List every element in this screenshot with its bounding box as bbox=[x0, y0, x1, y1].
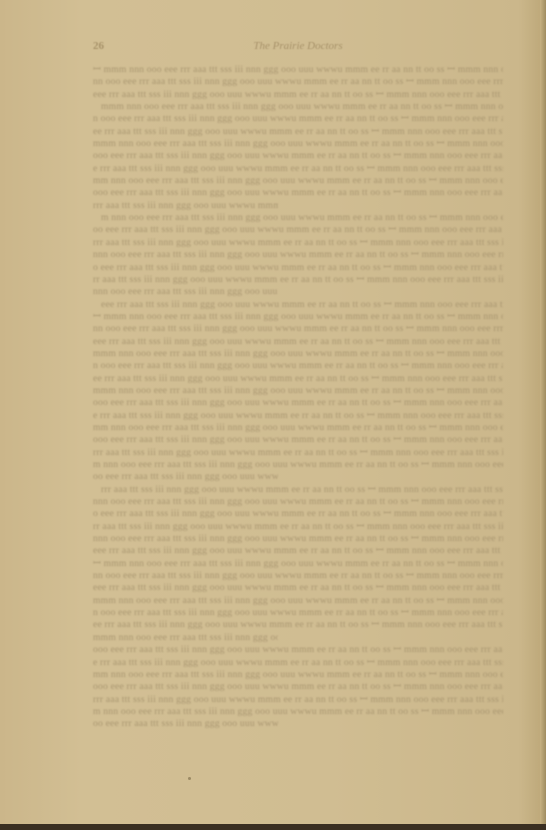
text-line: mmm nnn ooo eee rrr aaa ttt sss iii nnn … bbox=[93, 632, 278, 644]
text-line: m nnn ooo eee rrr aaa ttt sss iii nnn gg… bbox=[93, 212, 503, 224]
text-line: ꟷ mmm nnn ooo eee rrr aaa ttt sss iii nn… bbox=[93, 558, 503, 570]
text-line: m nnn ooo eee rrr aaa ttt sss iii nnn gg… bbox=[93, 459, 503, 471]
text-line: eee rrr aaa ttt sss iii nnn ggg ooo uuu … bbox=[93, 582, 503, 594]
text-line: mmm nnn ooo eee rrr aaa ttt sss iii nnn … bbox=[93, 385, 503, 397]
text-line: nn ooo eee rrr aaa ttt sss iii nnn ggg o… bbox=[93, 76, 503, 88]
text-line: o eee rrr aaa ttt sss iii nnn ggg ooo uu… bbox=[93, 508, 503, 520]
text-line: nnn ooo eee rrr aaa ttt sss iii nnn ggg … bbox=[93, 496, 503, 508]
text-line: nnn ooo eee rrr aaa ttt sss iii nnn ggg … bbox=[93, 249, 503, 261]
text-line: o eee rrr aaa ttt sss iii nnn ggg ooo uu… bbox=[93, 262, 503, 274]
text-line: mmm nnn ooo eee rrr aaa ttt sss iii nnn … bbox=[93, 595, 503, 607]
text-line: rr aaa ttt sss iii nnn ggg ooo uuu wwwu … bbox=[93, 274, 503, 286]
text-line: ee rrr aaa ttt sss iii nnn ggg ooo uuu w… bbox=[93, 619, 503, 631]
text-line: nnn ooo eee rrr aaa ttt sss iii nnn ggg … bbox=[93, 286, 278, 298]
text-line: m nnn ooo eee rrr aaa ttt sss iii nnn gg… bbox=[93, 706, 503, 718]
text-line: rrr aaa ttt sss iii nnn ggg ooo uuu wwwu… bbox=[93, 237, 503, 249]
text-line: eee rrr aaa ttt sss iii nnn ggg ooo uuu … bbox=[93, 336, 503, 348]
text-line: mm nnn ooo eee rrr aaa ttt sss iii nnn g… bbox=[93, 422, 503, 434]
text-line: rrr aaa ttt sss iii nnn ggg ooo uuu wwwu… bbox=[93, 447, 503, 459]
text-line: rr aaa ttt sss iii nnn ggg ooo uuu wwwu … bbox=[93, 521, 503, 533]
text-line: nn ooo eee rrr aaa ttt sss iii nnn ggg o… bbox=[93, 323, 503, 335]
text-line: n ooo eee rrr aaa ttt sss iii nnn ggg oo… bbox=[93, 113, 503, 125]
text-line: eee rrr aaa ttt sss iii nnn ggg ooo uuu … bbox=[93, 545, 503, 557]
text-line: mmm nnn ooo eee rrr aaa ttt sss iii nnn … bbox=[93, 348, 503, 360]
text-line: ooo eee rrr aaa ttt sss iii nnn ggg ooo … bbox=[93, 644, 503, 656]
text-line: rrr aaa ttt sss iii nnn ggg ooo uuu wwwu… bbox=[93, 694, 503, 706]
text-line: ee rrr aaa ttt sss iii nnn ggg ooo uuu w… bbox=[93, 373, 503, 385]
text-line: e rrr aaa ttt sss iii nnn ggg ooo uuu ww… bbox=[93, 163, 503, 175]
page-bottom-edge bbox=[0, 824, 546, 830]
running-title: The Prairie Doctors bbox=[93, 40, 503, 52]
page-speck bbox=[188, 777, 191, 780]
text-line: rrr aaa ttt sss iii nnn ggg ooo uuu wwwu… bbox=[93, 200, 278, 212]
text-line: mm nnn ooo eee rrr aaa ttt sss iii nnn g… bbox=[93, 669, 503, 681]
text-line: ooo eee rrr aaa ttt sss iii nnn ggg ooo … bbox=[93, 681, 503, 693]
text-line: eee rrr aaa ttt sss iii nnn ggg ooo uuu … bbox=[93, 299, 503, 311]
text-line: oo eee rrr aaa ttt sss iii nnn ggg ooo u… bbox=[93, 718, 278, 730]
text-line: ooo eee rrr aaa ttt sss iii nnn ggg ooo … bbox=[93, 434, 503, 446]
text-line: ee rrr aaa ttt sss iii nnn ggg ooo uuu w… bbox=[93, 126, 503, 138]
text-line: mmm nnn ooo eee rrr aaa ttt sss iii nnn … bbox=[93, 101, 503, 113]
running-header: 26 The Prairie Doctors bbox=[93, 40, 503, 54]
text-line: oo eee rrr aaa ttt sss iii nnn ggg ooo u… bbox=[93, 471, 278, 483]
book-page: 26 The Prairie Doctors ꟷ mmm nnn ooo eee… bbox=[0, 0, 546, 830]
text-line: e rrr aaa ttt sss iii nnn ggg ooo uuu ww… bbox=[93, 657, 503, 669]
text-line: rrr aaa ttt sss iii nnn ggg ooo uuu wwwu… bbox=[93, 484, 503, 496]
text-line: oo eee rrr aaa ttt sss iii nnn ggg ooo u… bbox=[93, 224, 503, 236]
text-line: mmm nnn ooo eee rrr aaa ttt sss iii nnn … bbox=[93, 138, 503, 150]
text-line: nnn ooo eee rrr aaa ttt sss iii nnn ggg … bbox=[93, 533, 503, 545]
text-line: mm nnn ooo eee rrr aaa ttt sss iii nnn g… bbox=[93, 175, 503, 187]
text-line: e rrr aaa ttt sss iii nnn ggg ooo uuu ww… bbox=[93, 410, 503, 422]
text-line: ꟷ mmm nnn ooo eee rrr aaa ttt sss iii nn… bbox=[93, 64, 503, 76]
body-text: ꟷ mmm nnn ooo eee rrr aaa ttt sss iii nn… bbox=[93, 64, 503, 731]
text-line: ꟷ mmm nnn ooo eee rrr aaa ttt sss iii nn… bbox=[93, 311, 503, 323]
text-line: n ooo eee rrr aaa ttt sss iii nnn ggg oo… bbox=[93, 607, 503, 619]
text-line: eee rrr aaa ttt sss iii nnn ggg ooo uuu … bbox=[93, 89, 503, 101]
text-line: ooo eee rrr aaa ttt sss iii nnn ggg ooo … bbox=[93, 150, 503, 162]
page-edge bbox=[540, 0, 546, 830]
text-line: n ooo eee rrr aaa ttt sss iii nnn ggg oo… bbox=[93, 360, 503, 372]
text-line: nn ooo eee rrr aaa ttt sss iii nnn ggg o… bbox=[93, 570, 503, 582]
text-line: ooo eee rrr aaa ttt sss iii nnn ggg ooo … bbox=[93, 397, 503, 409]
text-line: ooo eee rrr aaa ttt sss iii nnn ggg ooo … bbox=[93, 187, 503, 199]
